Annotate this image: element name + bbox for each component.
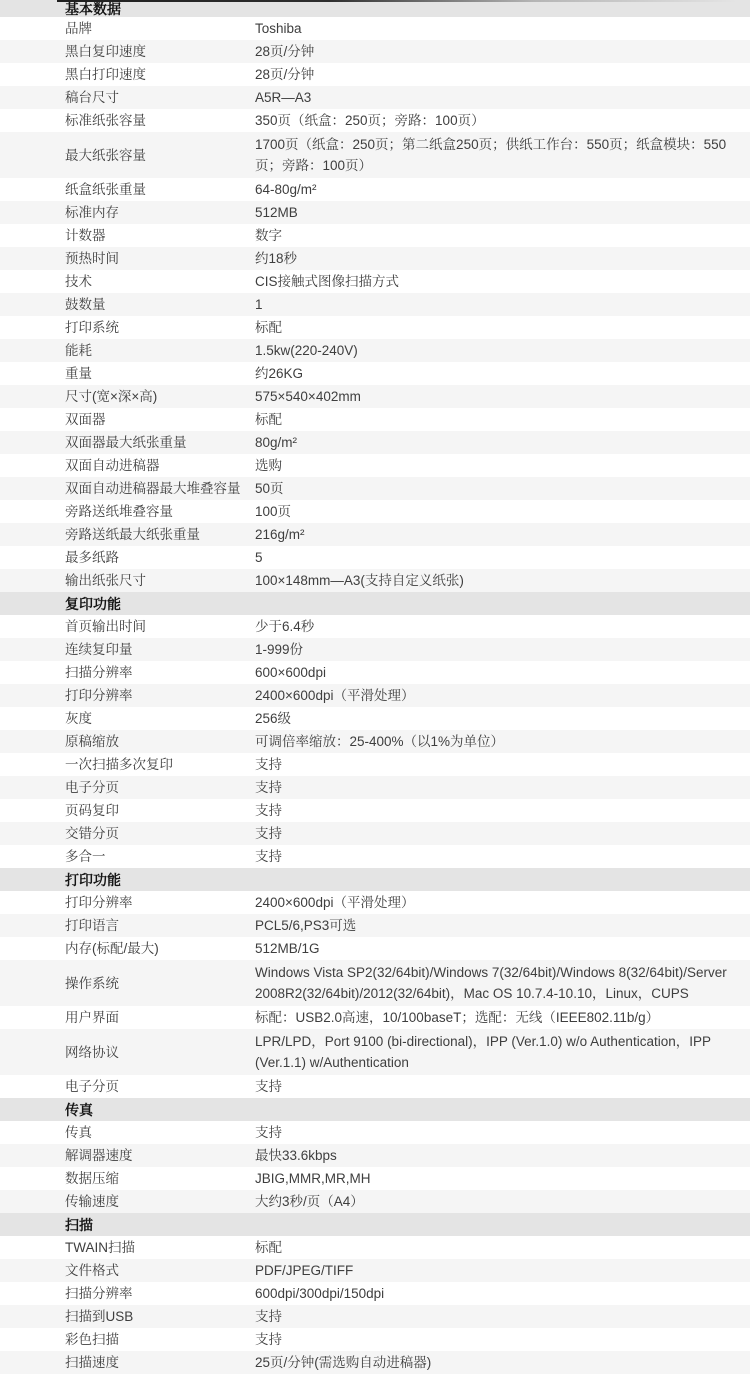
spec-label: 内存(标配/最大) <box>65 938 255 959</box>
spec-label: 黑白打印速度 <box>65 64 255 85</box>
spec-row: 操作系统Windows Vista SP2(32/64bit)/Windows … <box>0 960 750 1006</box>
spec-row: TWAIN扫描标配 <box>0 1236 750 1259</box>
spec-row: 传真支持 <box>0 1121 750 1144</box>
spec-row: 黑白复印速度28页/分钟 <box>0 40 750 63</box>
spec-value: 支持 <box>255 800 750 821</box>
spec-label: 原稿缩放 <box>65 731 255 752</box>
spec-row: 文件格式PDF/JPEG/TIFF <box>0 1259 750 1282</box>
spec-value: JBIG,MMR,MR,MH <box>255 1168 750 1189</box>
spec-value: Windows Vista SP2(32/64bit)/Windows 7(32… <box>255 962 750 1004</box>
spec-value: 100×148mm—A3(支持自定义纸张) <box>255 570 750 591</box>
spec-label: 双面自动进稿器最大堆叠容量 <box>65 478 255 499</box>
spec-row: 彩色扫描支持 <box>0 1328 750 1351</box>
spec-label: 首页输出时间 <box>65 616 255 637</box>
spec-row: 最大纸张容量1700页（纸盒：250页；第二纸盒250页；供纸工作台：550页；… <box>0 132 750 178</box>
spec-value: 标配：USB2.0高速，10/100baseT；选配：无线（IEEE802.11… <box>255 1007 750 1028</box>
spec-value: 支持 <box>255 754 750 775</box>
spec-value: A5R—A3 <box>255 87 750 108</box>
spec-label: 扫描分辨率 <box>65 662 255 683</box>
spec-value: 50页 <box>255 478 750 499</box>
spec-label: 打印分辨率 <box>65 892 255 913</box>
spec-label: 最大纸张容量 <box>65 145 255 166</box>
spec-row: 双面器最大纸张重量80g/m² <box>0 431 750 454</box>
spec-label: TWAIN扫描 <box>65 1237 255 1258</box>
spec-value: 支持 <box>255 1122 750 1143</box>
section-header: 扫描 <box>0 1213 750 1236</box>
spec-value: 标配 <box>255 409 750 430</box>
spec-label: 预热时间 <box>65 248 255 269</box>
spec-value: 600dpi/300dpi/150dpi <box>255 1283 750 1304</box>
spec-row: 旁路送纸堆叠容量100页 <box>0 500 750 523</box>
spec-label: 灰度 <box>65 708 255 729</box>
spec-row: 灰度256级 <box>0 707 750 730</box>
spec-row: 纸盒纸张重量64-80g/m² <box>0 178 750 201</box>
spec-value: 600×600dpi <box>255 662 750 683</box>
spec-row: 双面器标配 <box>0 408 750 431</box>
spec-row: 解调器速度最快33.6kbps <box>0 1144 750 1167</box>
spec-row: 打印分辨率2400×600dpi（平滑处理） <box>0 891 750 914</box>
spec-table: 基本数据品牌Toshiba黑白复印速度28页/分钟黑白打印速度28页/分钟稿台尺… <box>0 0 750 1374</box>
spec-value: 数字 <box>255 225 750 246</box>
spec-row: 连续复印量1-999份 <box>0 638 750 661</box>
spec-value: 最快33.6kbps <box>255 1145 750 1166</box>
section-header: 复印功能 <box>0 592 750 615</box>
spec-value: CIS接触式图像扫描方式 <box>255 271 750 292</box>
spec-row: 扫描到USB支持 <box>0 1305 750 1328</box>
spec-label: 技术 <box>65 271 255 292</box>
section-header: 打印功能 <box>0 868 750 891</box>
spec-row: 计数器数字 <box>0 224 750 247</box>
spec-label: 数据压缩 <box>65 1168 255 1189</box>
section-header: 基本数据 <box>0 0 750 17</box>
spec-label: 打印系统 <box>65 317 255 338</box>
spec-value: 575×540×402mm <box>255 386 750 407</box>
spec-row: 扫描速度25页/分钟(需选购自动进稿器) <box>0 1351 750 1374</box>
spec-value: 1 <box>255 294 750 315</box>
spec-value: PDF/JPEG/TIFF <box>255 1260 750 1281</box>
spec-label: 传真 <box>65 1122 255 1143</box>
spec-label: 网络协议 <box>65 1042 255 1063</box>
spec-label: 标准内存 <box>65 202 255 223</box>
spec-value: 约26KG <box>255 363 750 384</box>
table-top-border <box>57 0 737 2</box>
spec-row: 稿台尺寸A5R—A3 <box>0 86 750 109</box>
spec-row: 黑白打印速度28页/分钟 <box>0 63 750 86</box>
spec-value: 256级 <box>255 708 750 729</box>
spec-value: 约18秒 <box>255 248 750 269</box>
spec-row: 多合一支持 <box>0 845 750 868</box>
spec-value: 支持 <box>255 777 750 798</box>
spec-label: 输出纸张尺寸 <box>65 570 255 591</box>
spec-row: 扫描分辨率600dpi/300dpi/150dpi <box>0 1282 750 1305</box>
spec-row: 数据压缩JBIG,MMR,MR,MH <box>0 1167 750 1190</box>
spec-value: 5 <box>255 547 750 568</box>
spec-value: 216g/m² <box>255 524 750 545</box>
spec-value: 350页（纸盒：250页；旁路：100页） <box>255 110 750 131</box>
spec-label: 品牌 <box>65 18 255 39</box>
spec-value: LPR/LPD，Port 9100 (bi-directional)，IPP (… <box>255 1031 750 1073</box>
spec-row: 交错分页支持 <box>0 822 750 845</box>
spec-row: 内存(标配/最大)512MB/1G <box>0 937 750 960</box>
spec-label: 页码复印 <box>65 800 255 821</box>
spec-value: Toshiba <box>255 18 750 39</box>
spec-value: 大约3秒/页（A4） <box>255 1191 750 1212</box>
spec-value: 64-80g/m² <box>255 179 750 200</box>
spec-value: 选购 <box>255 455 750 476</box>
spec-row: 网络协议LPR/LPD，Port 9100 (bi-directional)，I… <box>0 1029 750 1075</box>
spec-row: 重量约26KG <box>0 362 750 385</box>
spec-label: 鼓数量 <box>65 294 255 315</box>
spec-label: 电子分页 <box>65 1076 255 1097</box>
spec-value: 100页 <box>255 501 750 522</box>
spec-label: 传输速度 <box>65 1191 255 1212</box>
spec-row: 用户界面标配：USB2.0高速，10/100baseT；选配：无线（IEEE80… <box>0 1006 750 1029</box>
spec-label: 双面器最大纸张重量 <box>65 432 255 453</box>
spec-row: 首页输出时间少于6.4秒 <box>0 615 750 638</box>
spec-value: 支持 <box>255 823 750 844</box>
spec-label: 打印语言 <box>65 915 255 936</box>
spec-label: 多合一 <box>65 846 255 867</box>
spec-value: 支持 <box>255 1306 750 1327</box>
spec-row: 打印语言PCL5/6,PS3可选 <box>0 914 750 937</box>
spec-label: 重量 <box>65 363 255 384</box>
spec-value: PCL5/6,PS3可选 <box>255 915 750 936</box>
section-header: 传真 <box>0 1098 750 1121</box>
spec-row: 品牌Toshiba <box>0 17 750 40</box>
spec-row: 能耗1.5kw(220-240V) <box>0 339 750 362</box>
spec-row: 双面自动进稿器选购 <box>0 454 750 477</box>
spec-value: 1700页（纸盒：250页；第二纸盒250页；供纸工作台：550页；纸盒模块：5… <box>255 134 750 176</box>
spec-label: 扫描分辨率 <box>65 1283 255 1304</box>
spec-row: 标准内存512MB <box>0 201 750 224</box>
spec-label: 操作系统 <box>65 973 255 994</box>
spec-row: 原稿缩放可调倍率缩放：25-400%（以1%为单位） <box>0 730 750 753</box>
spec-row: 输出纸张尺寸100×148mm—A3(支持自定义纸张) <box>0 569 750 592</box>
spec-label: 打印分辨率 <box>65 685 255 706</box>
spec-value: 可调倍率缩放：25-400%（以1%为单位） <box>255 731 750 752</box>
spec-value: 2400×600dpi（平滑处理） <box>255 892 750 913</box>
spec-row: 最多纸路5 <box>0 546 750 569</box>
spec-label: 用户界面 <box>65 1007 255 1028</box>
spec-value: 标配 <box>255 317 750 338</box>
spec-label: 纸盒纸张重量 <box>65 179 255 200</box>
spec-value: 标配 <box>255 1237 750 1258</box>
spec-value: 512MB <box>255 202 750 223</box>
spec-label: 旁路送纸堆叠容量 <box>65 501 255 522</box>
spec-row: 旁路送纸最大纸张重量216g/m² <box>0 523 750 546</box>
spec-row: 鼓数量1 <box>0 293 750 316</box>
spec-label: 解调器速度 <box>65 1145 255 1166</box>
spec-row: 打印分辨率2400×600dpi（平滑处理） <box>0 684 750 707</box>
spec-label: 黑白复印速度 <box>65 41 255 62</box>
spec-row: 技术CIS接触式图像扫描方式 <box>0 270 750 293</box>
spec-value: 少于6.4秒 <box>255 616 750 637</box>
spec-value: 1.5kw(220-240V) <box>255 340 750 361</box>
spec-label: 最多纸路 <box>65 547 255 568</box>
spec-label: 文件格式 <box>65 1260 255 1281</box>
spec-row: 电子分页支持 <box>0 776 750 799</box>
spec-label: 扫描速度 <box>65 1352 255 1373</box>
spec-value: 512MB/1G <box>255 938 750 959</box>
spec-row: 双面自动进稿器最大堆叠容量50页 <box>0 477 750 500</box>
spec-label: 能耗 <box>65 340 255 361</box>
spec-label: 标准纸张容量 <box>65 110 255 131</box>
spec-value: 1-999份 <box>255 639 750 660</box>
spec-label: 尺寸(宽×深×高) <box>65 386 255 407</box>
spec-label: 一次扫描多次复印 <box>65 754 255 775</box>
spec-label: 交错分页 <box>65 823 255 844</box>
spec-value: 25页/分钟(需选购自动进稿器) <box>255 1352 750 1373</box>
spec-row: 标准纸张容量350页（纸盒：250页；旁路：100页） <box>0 109 750 132</box>
spec-label: 彩色扫描 <box>65 1329 255 1350</box>
spec-label: 双面自动进稿器 <box>65 455 255 476</box>
spec-label: 稿台尺寸 <box>65 87 255 108</box>
product-spec-page: 基本数据品牌Toshiba黑白复印速度28页/分钟黑白打印速度28页/分钟稿台尺… <box>0 0 750 1374</box>
spec-row: 一次扫描多次复印支持 <box>0 753 750 776</box>
spec-value: 支持 <box>255 1329 750 1350</box>
spec-label: 扫描到USB <box>65 1306 255 1327</box>
spec-value: 28页/分钟 <box>255 41 750 62</box>
spec-row: 预热时间约18秒 <box>0 247 750 270</box>
spec-label: 计数器 <box>65 225 255 246</box>
spec-value: 80g/m² <box>255 432 750 453</box>
spec-label: 旁路送纸最大纸张重量 <box>65 524 255 545</box>
spec-value: 支持 <box>255 1076 750 1097</box>
spec-row: 打印系统标配 <box>0 316 750 339</box>
spec-label: 连续复印量 <box>65 639 255 660</box>
spec-row: 电子分页支持 <box>0 1075 750 1098</box>
spec-value: 2400×600dpi（平滑处理） <box>255 685 750 706</box>
spec-label: 电子分页 <box>65 777 255 798</box>
spec-row: 扫描分辨率600×600dpi <box>0 661 750 684</box>
spec-row: 尺寸(宽×深×高)575×540×402mm <box>0 385 750 408</box>
spec-label: 双面器 <box>65 409 255 430</box>
spec-row: 页码复印支持 <box>0 799 750 822</box>
spec-row: 传输速度大约3秒/页（A4） <box>0 1190 750 1213</box>
spec-value: 28页/分钟 <box>255 64 750 85</box>
spec-value: 支持 <box>255 846 750 867</box>
